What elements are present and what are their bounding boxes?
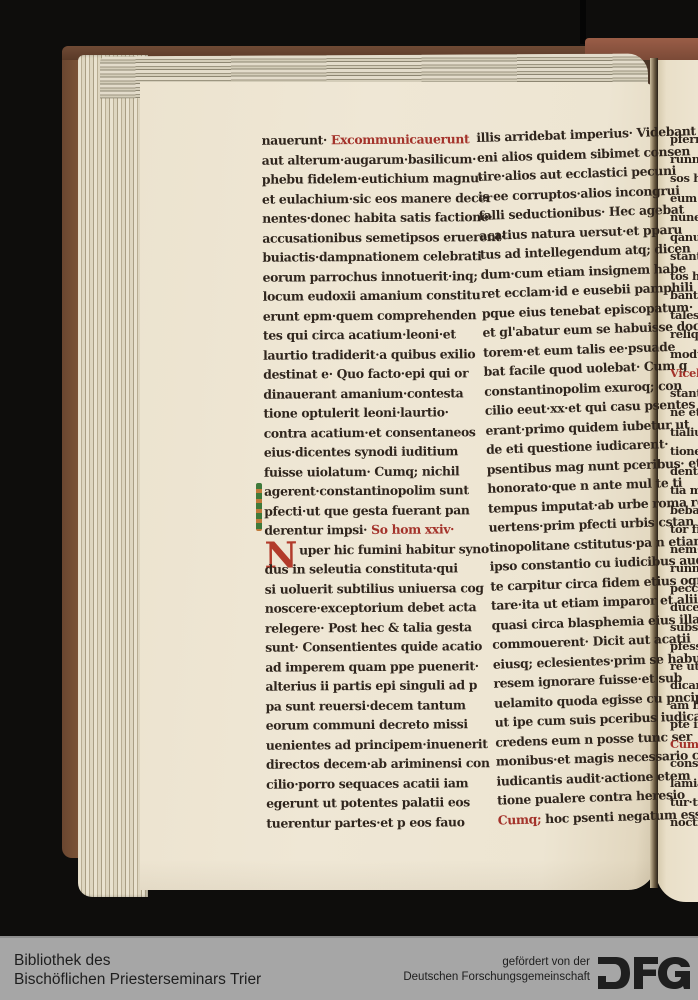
library-name-line2: Bischöflichen Priesterseminars Trier (14, 970, 261, 989)
text-line: bant (670, 286, 698, 306)
text-line: pfessio (670, 637, 698, 657)
funding-credit: gefördert von der Deutschen Forschungsge… (403, 955, 590, 985)
text-column-left: nauerunt· Excommunicauerunt aut alterum·… (262, 129, 467, 832)
text-line: nem· (670, 540, 698, 560)
attribution-footer: Bibliothek des Bischöflichen Priestersem… (0, 936, 698, 1000)
text-line: tione optulerit leoni·laurtio· (263, 402, 463, 423)
funding-line1: gefördert von der (403, 955, 590, 970)
text-line: si uoluerit subtilius uniuersa cog (265, 578, 465, 599)
manuscript-scan: · nauerunt· Excommunicauerunt aut alteru… (0, 0, 698, 936)
text-line: laurtio tradiderit·a quibus exilio (263, 344, 463, 365)
text-line: stanti (670, 384, 698, 404)
text-line: pte in (670, 715, 698, 735)
rubric-heading: So hom xxiv· (371, 521, 454, 537)
text-line: qanu (670, 228, 698, 248)
text-line: destinat e· Quo facto·epi qui or (263, 363, 463, 384)
text-line: fuisse uiolatum· Cumq; nichil (264, 461, 464, 482)
text-line: ducere (670, 598, 698, 618)
text-line: nentes·donec habita satis factione· (262, 207, 462, 228)
verso-page-shadow (140, 860, 656, 890)
text-line: et eulachium·sic eos manere decer (262, 188, 462, 209)
text-line: agerent·constantinopolim sunt (264, 480, 464, 501)
text-line: pfecti·ut que gesta fuerant pan (264, 500, 464, 521)
text-line: lamia (670, 774, 698, 794)
text-line: dicam (670, 676, 698, 696)
text-line: tione (670, 442, 698, 462)
text-line: stanti (670, 247, 698, 267)
text-line: eum (670, 189, 698, 209)
page-stack-left-edge (78, 55, 148, 897)
text-line: relegere· Post hec & talia gesta (265, 617, 465, 638)
text-line: am ha (670, 696, 698, 716)
library-name-line1: Bibliothek des (14, 951, 261, 970)
text-line: tia m (670, 481, 698, 501)
text-line: ad imperem quam ppe puenerit· (265, 656, 465, 677)
text-line: denta (670, 462, 698, 482)
text-line: pferr (670, 130, 698, 150)
text-line: directos decem·ab ariminensi con (266, 753, 466, 774)
text-line: noscere·exceptorium debet acta (265, 597, 465, 618)
text-line: relique (670, 325, 698, 345)
text-line: buiactis·dampnationem celebrati (262, 246, 462, 267)
text-line: uenientes ad principem·inuenerit (266, 734, 466, 755)
text-line: phebu fidelem·eutichium magnu· (262, 168, 462, 189)
text-line: locum eudoxii amanium constitu (263, 285, 463, 306)
text-line: aut alterum·augarum·basilicum· (262, 149, 462, 170)
text-column-recto: pferr runn sos ha eum nune qanu stanti t… (670, 130, 698, 832)
text-line: sos ha (670, 169, 698, 189)
text-line: ne et (670, 403, 698, 423)
text-line: tor fig (670, 520, 698, 540)
text-line: dinauerant amanium·contesta (263, 383, 463, 404)
text-line: pa sunt reuersi·decem tantum (265, 695, 465, 716)
text-line: eorum communi decreto missi (266, 714, 466, 735)
text-line: consul (670, 754, 698, 774)
text-line: cilio·porro sequaces acatii iam (266, 773, 466, 794)
funding-line2: Deutschen Forschungsgemeinschaft (403, 970, 590, 985)
text-line: Nuper hic fumini habitur syno (264, 539, 464, 560)
text-line: runn (670, 150, 698, 170)
text-line: tur·tu (670, 793, 698, 813)
text-line: dus in seleutia constituta·qui (265, 558, 465, 579)
text-line: eorum parrochus innotuerit·inq; (263, 266, 463, 287)
text-line: nauerunt· Excommunicauerunt (262, 129, 462, 150)
text-line: modu (670, 345, 698, 365)
text-line: tes qui circa acatium·leoni·et (263, 324, 463, 345)
text-line: subster (670, 618, 698, 638)
text-line: Cumq (670, 735, 698, 755)
text-line: egerunt ut potentes palatii eos (266, 792, 466, 813)
text-line: contra acatium·et consentaneos (264, 422, 464, 443)
text-line: tuerentur partes·et p eos fauo (266, 812, 466, 833)
text-line: nune (670, 208, 698, 228)
library-credit: Bibliothek des Bischöflichen Priestersem… (14, 951, 261, 989)
text-line: tialiu (670, 423, 698, 443)
text-line: tales (670, 306, 698, 326)
text-line: Viceb (670, 364, 698, 384)
text-line: runn (670, 559, 698, 579)
text-line: noctis (670, 813, 698, 833)
dfg-logo-icon (598, 957, 690, 989)
text-line: accusationibus semetipsos eruerent· (262, 227, 462, 248)
decorated-initial-border (256, 483, 262, 531)
text-line: peccar (670, 579, 698, 599)
text-line: tos ha (670, 267, 698, 287)
text-line: beban (670, 501, 698, 521)
text-line: alterius ii partis epi singuli ad p (265, 675, 465, 696)
cradle-edge (580, 0, 586, 44)
text-line: erunt epm·quem comprehenden (263, 305, 463, 326)
text-line: eius·dicentes synodi iuditium (264, 441, 464, 462)
text-line: sunt· Consentientes quide acatio (265, 636, 465, 657)
text-line: re uth (670, 657, 698, 677)
text-column-right: illis arridebat imperius· Videbant eni a… (476, 123, 670, 830)
